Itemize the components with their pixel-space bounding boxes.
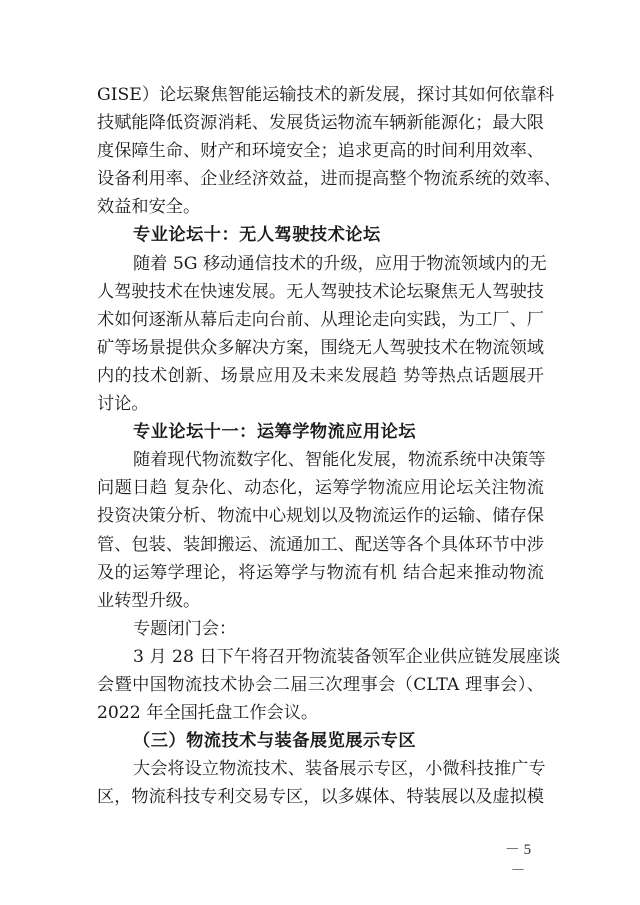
text-line: 内的技术创新、场景应用及未来发展趋 势等热点话题展开 (97, 362, 544, 390)
text-line: 讨论。 (97, 390, 544, 418)
text-line: 效益和安全。 (97, 193, 544, 221)
text-line: 随着现代物流数字化、智能化发展，物流系统中决策等 (97, 446, 544, 474)
text-line: GISE）论坛聚焦智能运输技术的新发展，探讨其如何依靠科 (97, 81, 544, 109)
paragraph-operations-research: 随着现代物流数字化、智能化发展，物流系统中决策等 问题日趋 复杂化、动态化，运筹… (97, 446, 544, 615)
section-heading: 专业论坛十：无人驾驶技术论坛 (97, 221, 544, 249)
text-line: 会暨中国物流技术协会二届三次理事会（CLTA 理事会）、 (97, 671, 544, 699)
text-line: 人驾驶技术在快速发展。无人驾驶技术论坛聚焦无人驾驶技 (97, 278, 544, 306)
paragraph-exhibition-zone: 大会将设立物流技术、装备展示专区，小微科技推广专 区，物流科技专利交易专区，以多… (97, 755, 544, 811)
text-line: 投资决策分析、物流中心规划以及物流运作的运输、储存保 (97, 502, 544, 530)
text-line: 度保障生命、财产和环境安全；追求更高的时间利用效率、 (97, 137, 544, 165)
text-line: 管、包装、装卸搬运、流通加工、配送等各个具体环节中涉 (97, 531, 544, 559)
text-line: 随着 5G 移动通信技术的升级，应用于物流领域内的无 (97, 250, 544, 278)
section-heading: 专业论坛十一：运筹学物流应用论坛 (97, 418, 544, 446)
text-line: 区，物流科技专利交易专区，以多媒体、特装展以及虚拟模 (97, 783, 544, 811)
text-line: 3 月 28 日下午将召开物流装备领军企业供应链发展座谈 (97, 643, 544, 671)
text-line: 矿等场景提供众多解决方案，围绕无人驾驶技术在物流领域 (97, 334, 544, 362)
heading-section-three: （三）物流技术与装备展览展示专区 (97, 727, 544, 755)
heading-forum-eleven: 专业论坛十一：运筹学物流应用论坛 (97, 418, 544, 446)
heading-forum-ten: 专业论坛十：无人驾驶技术论坛 (97, 221, 544, 249)
page-number: － 5 － (498, 838, 538, 880)
text-line: 2022 年全国托盘工作会议。 (97, 699, 544, 727)
paragraph-closed-meeting: 3 月 28 日下午将召开物流装备领军企业供应链发展座谈 会暨中国物流技术协会二… (97, 643, 544, 727)
document-page-body: GISE）论坛聚焦智能运输技术的新发展，探讨其如何依靠科 技赋能降低资源消耗、发… (97, 81, 544, 811)
text-line: 问题日趋 复杂化、动态化，运筹学物流应用论坛关注物流 (97, 474, 544, 502)
text-line: 业转型升级。 (97, 587, 544, 615)
text-line: 技赋能降低资源消耗、发展货运物流车辆新能源化；最大限 (97, 109, 544, 137)
text-line: 术如何逐渐从幕后走向台前、从理论走向实践，为工厂、厂 (97, 306, 544, 334)
paragraph-gise-forum: GISE）论坛聚焦智能运输技术的新发展，探讨其如何依靠科 技赋能降低资源消耗、发… (97, 81, 544, 221)
text-line: 设备利用率、企业经济效益，进而提高整个物流系统的效率、 (97, 165, 544, 193)
text-line: 及的运筹学理论，将运筹学与物流有机 结合起来推动物流 (97, 559, 544, 587)
text-line: 专题闭门会： (97, 615, 544, 643)
paragraph-closed-meeting-label: 专题闭门会： (97, 615, 544, 643)
paragraph-autonomous-driving: 随着 5G 移动通信技术的升级，应用于物流领域内的无 人驾驶技术在快速发展。无人… (97, 250, 544, 419)
text-line: 大会将设立物流技术、装备展示专区，小微科技推广专 (97, 755, 544, 783)
section-heading: （三）物流技术与装备展览展示专区 (97, 727, 544, 755)
